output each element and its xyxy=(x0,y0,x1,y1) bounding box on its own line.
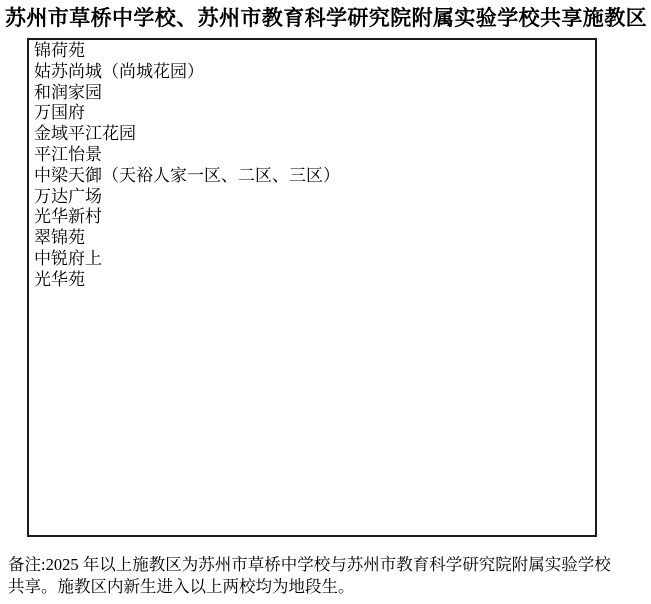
district-list-box: 锦荷苑姑苏尚城（尚城花园）和润家园万国府金域平江花园平江怡景中梁天御（天裕人家一… xyxy=(27,38,597,537)
page-title: 苏州市草桥中学校、苏州市教育科学研究院附属实验学校共享施教区 xyxy=(5,6,651,31)
district-item: 平江怡景 xyxy=(34,145,591,166)
district-item: 中锐府上 xyxy=(34,249,591,270)
district-item: 翠锦苑 xyxy=(34,228,591,249)
district-list: 锦荷苑姑苏尚城（尚城花园）和润家园万国府金域平江花园平江怡景中梁天御（天裕人家一… xyxy=(29,40,595,291)
district-item: 中梁天御（天裕人家一区、二区、三区） xyxy=(34,166,591,187)
district-item: 和润家园 xyxy=(34,83,591,104)
document-page: 苏州市草桥中学校、苏州市教育科学研究院附属实验学校共享施教区 锦荷苑姑苏尚城（尚… xyxy=(0,0,651,604)
district-item: 姑苏尚城（尚城花园） xyxy=(34,62,591,83)
note-text: 备注:2025 年以上施教区为苏州市草桥中学校与苏州市教育科学研究院附属实验学校… xyxy=(8,554,644,598)
note-line-1: 备注:2025 年以上施教区为苏州市草桥中学校与苏州市教育科学研究院附属实验学校 xyxy=(8,555,611,574)
district-item: 锦荷苑 xyxy=(34,41,591,62)
district-item: 万达广场 xyxy=(34,187,591,208)
district-item: 光华新村 xyxy=(34,207,591,228)
note-line-2: 共享。施教区内新生进入以上两校均为地段生。 xyxy=(8,577,355,596)
district-item: 万国府 xyxy=(34,103,591,124)
district-item: 光华苑 xyxy=(34,270,591,291)
district-item: 金域平江花园 xyxy=(34,124,591,145)
